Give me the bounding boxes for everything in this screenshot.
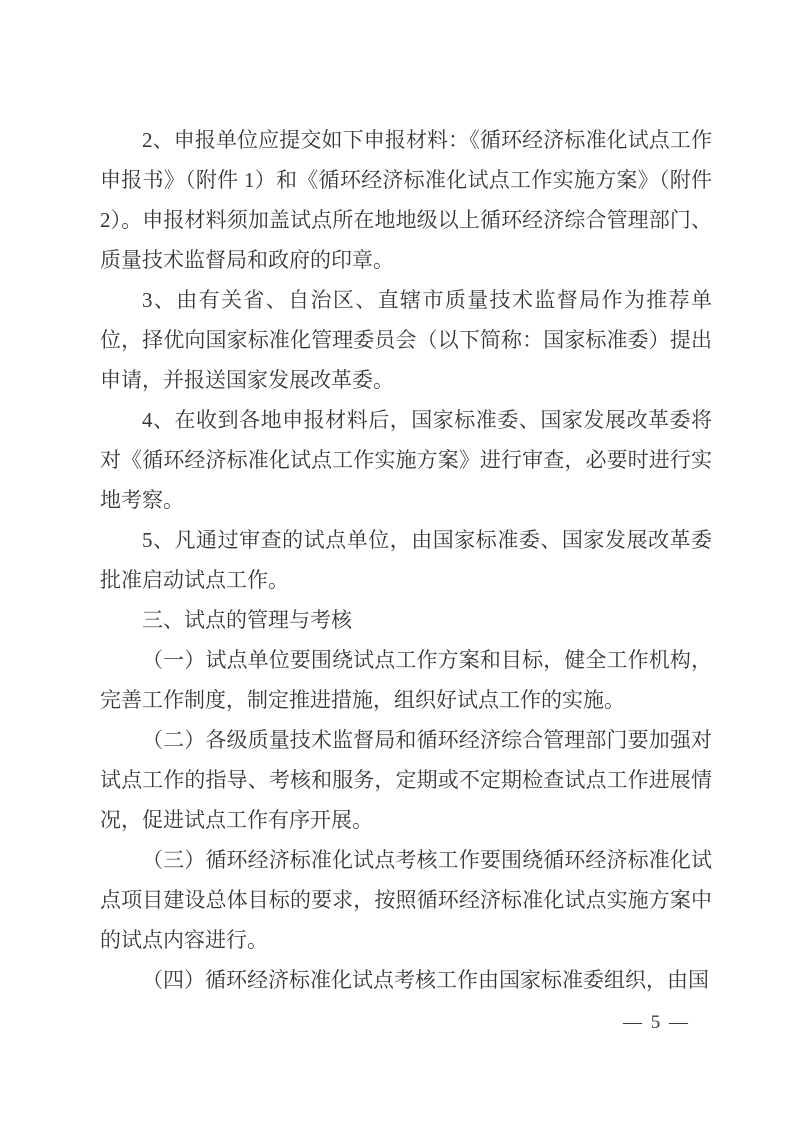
paragraph-5-approval: 5、凡通过审查的试点单位，由国家标准委、国家发展改革委批准启动试点工作。 [100,520,712,600]
paragraph-3-recommending-unit: 3、由有关省、自治区、直辖市质量技术监督局作为推荐单位，择优向国家标准化管理委员… [100,280,712,400]
document-body: 2、申报单位应提交如下申报材料：《循环经济标准化试点工作申报书》（附件 1）和《… [100,120,712,1000]
paragraph-item-4-assessment-organizer: （四）循环经济标准化试点考核工作由国家标准委组织，由国 [100,960,712,1000]
document-page: 2、申报单位应提交如下申报材料：《循环经济标准化试点工作申报书》（附件 1）和《… [0,0,794,1123]
paragraph-2-application-materials: 2、申报单位应提交如下申报材料：《循环经济标准化试点工作申报书》（附件 1）和《… [100,120,712,280]
section-heading-management-assessment: 三、试点的管理与考核 [100,600,712,640]
paragraph-item-3-assessment-scope: （三）循环经济标准化试点考核工作要围绕循环经济标准化试点项目建设总体目标的要求，… [100,840,712,960]
page-number: — 5 — [623,1012,690,1034]
paragraph-item-2-supervision: （二）各级质量技术监督局和循环经济综合管理部门要加强对试点工作的指导、考核和服务… [100,720,712,840]
paragraph-item-1-work-plan: （一）试点单位要围绕试点工作方案和目标，健全工作机构，完善工作制度，制定推进措施… [100,640,712,720]
paragraph-4-review-process: 4、在收到各地申报材料后，国家标准委、国家发展改革委将对《循环经济标准化试点工作… [100,400,712,520]
